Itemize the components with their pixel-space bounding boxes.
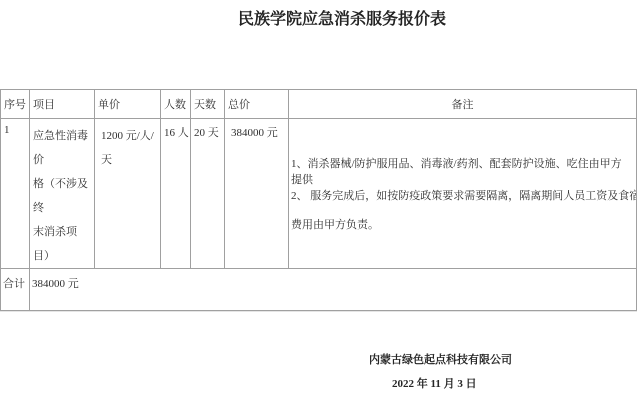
text-line: 应急性消毒价 (33, 124, 93, 172)
text-line: 天 (101, 148, 159, 172)
text-line: 1200 元/人/ (101, 124, 159, 148)
remark-line: 提供 (291, 172, 634, 188)
document-title: 民族学院应急消杀服务报价表 (238, 6, 446, 29)
total-row: 合计 384000 元 (1, 269, 637, 311)
text-line: 末消杀项目） (33, 220, 93, 268)
cell-people: 16 人 (161, 119, 191, 269)
remarks-block: 1、消杀器械/防护服用品、消毒液/药剂、配套防护设施、吃住由甲方 提供 2、 服… (289, 119, 636, 233)
cell-total-price: 384000 元 (225, 119, 289, 269)
header-row: 序号 项目 单价 人数 天数 总价 备注 (1, 90, 637, 119)
total-value: 384000 元 (30, 269, 637, 311)
header-cell-remarks: 备注 (289, 90, 637, 119)
header-cell-total-price: 总价 (225, 90, 289, 119)
header-cell-unit-price: 单价 (95, 90, 161, 119)
cell-serial: 1 (1, 119, 30, 269)
quote-date: 2022 年 11 月 3 日 (392, 375, 477, 391)
cell-item: 应急性消毒价 格（不涉及终 末消杀项目） (30, 119, 95, 269)
total-label: 合计 (1, 269, 30, 311)
table-row: 1 应急性消毒价 格（不涉及终 末消杀项目） 1200 元/人/ 天 16 人 … (1, 119, 637, 269)
cell-days: 20 天 (191, 119, 225, 269)
header-cell-serial: 序号 (1, 90, 30, 119)
cell-remarks: 1、消杀器械/防护服用品、消毒液/药剂、配套防护设施、吃住由甲方 提供 2、 服… (289, 119, 637, 269)
text-line: 格（不涉及终 (33, 172, 93, 220)
header-cell-days: 天数 (191, 90, 225, 119)
remark-line: 1、消杀器械/防护服用品、消毒液/药剂、配套防护设施、吃住由甲方 (291, 156, 634, 172)
header-cell-people: 人数 (161, 90, 191, 119)
company-name: 内蒙古绿色起点科技有限公司 (369, 351, 512, 367)
cell-unit-price: 1200 元/人/ 天 (95, 119, 161, 269)
document-page: 民族学院应急消杀服务报价表 序号 项目 单价 人数 天数 总价 备注 1 (0, 0, 642, 395)
quotation-table: 序号 项目 单价 人数 天数 总价 备注 1 应急性消毒价 格（不涉及终 末消杀… (0, 89, 637, 311)
remark-line: 费用由甲方负责。 (291, 217, 634, 233)
header-cell-item: 项目 (30, 90, 95, 119)
remark-line: 2、 服务完成后，如按防疫政策要求需要隔离，隔离期间人员工资及食宿 (291, 188, 634, 204)
